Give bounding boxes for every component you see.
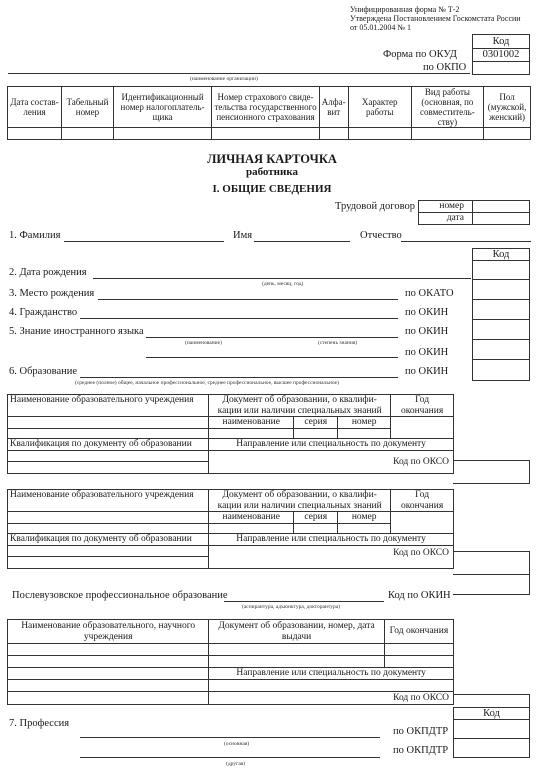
- edu2-okso-label: Код по ОКСО: [209, 546, 454, 569]
- profession-code-main[interactable]: [453, 719, 530, 739]
- edu2-year-header: Год окончания: [391, 490, 454, 512]
- language-label: 5. Знание иностранного языка: [9, 326, 144, 338]
- name-label: Имя: [233, 230, 252, 242]
- citizenship-input[interactable]: [80, 318, 398, 319]
- edu2-doc-number-header: номер: [338, 512, 391, 524]
- approved-date: от 05.01.2004 № 1: [350, 23, 411, 32]
- section-title: I. ОБЩИЕ СВЕДЕНИЯ: [0, 183, 544, 195]
- postgrad-okin-label: Код по ОКИН: [388, 590, 451, 602]
- postgrad-table: Наименование образовательного, научного …: [7, 619, 454, 705]
- cell-date[interactable]: [8, 128, 62, 140]
- edu1-okso-field[interactable]: [453, 460, 530, 484]
- edu1-doc-number-cell[interactable]: [338, 429, 391, 439]
- edu2-institution-cell-2[interactable]: [8, 524, 209, 534]
- education-table-1: Наименование образовательного учреждения…: [7, 394, 454, 474]
- edu2-doc-name-cell[interactable]: [209, 524, 294, 534]
- col-gender: Пол (мужской, женский): [484, 87, 531, 128]
- pg-specialty-left-2[interactable]: [8, 680, 209, 692]
- edu2-doc-number-cell[interactable]: [338, 524, 391, 534]
- pg-okso-left[interactable]: [8, 692, 209, 705]
- code-language-2[interactable]: [472, 339, 530, 360]
- edu2-qualification-cell-2[interactable]: [8, 557, 209, 569]
- contract-label: Трудовой договор: [335, 201, 415, 213]
- cell-alphabet[interactable]: [319, 128, 348, 140]
- okin-label-language-1: по ОКИН: [405, 326, 448, 338]
- edu2-doc-series-header: серия: [294, 512, 338, 524]
- language-name-caption: (наименование): [185, 340, 222, 346]
- code-education[interactable]: [472, 359, 530, 381]
- name-input[interactable]: [254, 241, 350, 242]
- edu1-okso-label: Код по ОКСО: [209, 451, 454, 474]
- patronymic-label: Отчество: [360, 230, 402, 242]
- surname-label: 1. Фамилия: [9, 230, 60, 242]
- education-label: 6. Образование: [9, 366, 77, 378]
- pg-institution-header: Наименование образовательного, научного …: [8, 620, 209, 644]
- pg-institution-cell-1[interactable]: [8, 644, 209, 656]
- postgrad-label: Послевузовское профессиональное образова…: [12, 590, 228, 602]
- okud-cell[interactable]: 0301002: [472, 48, 530, 62]
- col-work-type: Вид работы (основная, по совместитель-ст…: [411, 87, 483, 128]
- pg-year-header: Год окончания: [384, 620, 453, 644]
- okin-label-education: по ОКИН: [405, 366, 448, 378]
- edu2-institution-header: Наименование образовательного учреждения: [8, 490, 209, 512]
- col-work-nature: Характер работы: [348, 87, 411, 128]
- profession-other-input[interactable]: [80, 757, 380, 758]
- birth-date-input[interactable]: [93, 278, 471, 279]
- profession-main-caption: (основная): [224, 741, 249, 747]
- postgrad-caption: (аспирантура, адъюнктура, докторантура): [242, 604, 340, 610]
- okin-label-citizenship: по ОКИН: [405, 307, 448, 319]
- cell-work-type[interactable]: [411, 128, 483, 140]
- pg-specialty-left[interactable]: [8, 668, 209, 680]
- pg-document-cell-1[interactable]: [209, 644, 385, 656]
- language-level-caption: (степень знания): [318, 340, 357, 346]
- edu2-okso-field[interactable]: [453, 551, 530, 595]
- okpdtr-label-other: по ОКПДТР: [393, 745, 448, 757]
- col-alphabet: Алфа-вит: [319, 87, 348, 128]
- edu1-doc-series-header: серия: [294, 417, 338, 429]
- okato-label: по ОКАТО: [405, 288, 454, 300]
- code-citizenship[interactable]: [472, 299, 530, 320]
- surname-input[interactable]: [64, 241, 224, 242]
- cell-tab-number[interactable]: [62, 128, 114, 140]
- card-title: ЛИЧНАЯ КАРТОЧКА: [0, 152, 544, 167]
- citizenship-label: 4. Гражданство: [9, 307, 77, 319]
- pg-year-cell-1[interactable]: [384, 644, 453, 656]
- birth-date-caption: (день, месяц, год): [262, 281, 303, 287]
- approved-text: Утверждена Постановлением Госкомстата Ро…: [350, 14, 521, 23]
- edu2-doc-series-cell[interactable]: [294, 524, 338, 534]
- edu1-institution-header: Наименование образовательного учреждения: [8, 395, 209, 417]
- cell-snils[interactable]: [212, 128, 319, 140]
- patronymic-input[interactable]: [401, 241, 531, 242]
- cell-gender[interactable]: [484, 128, 531, 140]
- edu2-doc-name-header: наименование: [209, 512, 294, 524]
- code-birth-date[interactable]: [472, 260, 530, 280]
- okin-label-language-2: по ОКИН: [405, 347, 448, 359]
- edu2-year-cell[interactable]: [391, 512, 454, 534]
- edu1-doc-number-header: номер: [338, 417, 391, 429]
- okpdtr-label-main: по ОКПДТР: [393, 726, 448, 738]
- edu1-year-header: Год окончания: [391, 395, 454, 417]
- organization-line[interactable]: [8, 73, 470, 74]
- code-okato[interactable]: [472, 279, 530, 300]
- code-language-1[interactable]: [472, 319, 530, 340]
- edu2-qualification-header: Квалификация по документу об образовании: [8, 534, 209, 546]
- col-snils: Номер страхового свиде-тельства государс…: [212, 87, 319, 128]
- education-input[interactable]: [80, 377, 398, 378]
- birth-place-input[interactable]: [98, 299, 398, 300]
- pg-okso-label: Код по ОКСО: [209, 692, 454, 705]
- pg-okso-field[interactable]: [453, 694, 530, 708]
- edu2-document-header: Документ об образовании, о квалифи-кации…: [209, 490, 391, 512]
- pg-institution-cell-2[interactable]: [8, 656, 209, 668]
- pg-specialty-header: Направление или специальность по докумен…: [209, 668, 454, 680]
- edu1-qualification-cell-2[interactable]: [8, 462, 209, 474]
- edu1-doc-series-cell[interactable]: [294, 429, 338, 439]
- edu1-year-cell[interactable]: [391, 417, 454, 439]
- pg-document-header: Документ об образовании, номер, дата выд…: [209, 620, 385, 644]
- col-date: Дата состав-ления: [8, 87, 62, 128]
- personnel-table: Дата состав-ления Табельный номер Иденти…: [7, 86, 531, 140]
- language-input-2[interactable]: [146, 357, 398, 358]
- edu2-institution-cell-1[interactable]: [8, 512, 209, 524]
- edu1-document-header: Документ об образовании, о квалифи-кации…: [209, 395, 391, 417]
- form-name: Унифицированная форма № Т-2: [350, 5, 459, 14]
- edu1-institution-cell-2[interactable]: [8, 429, 209, 439]
- edu2-okso-divider: [453, 574, 530, 575]
- edu1-specialty-header: Направление или специальность по докумен…: [209, 439, 454, 451]
- pg-year-cell-2[interactable]: [384, 656, 453, 668]
- profession-code-other[interactable]: [453, 738, 530, 758]
- edu1-doc-name-cell[interactable]: [209, 429, 294, 439]
- card-subtitle: работника: [0, 166, 544, 178]
- okud-value: 0301002: [473, 49, 529, 61]
- profession-other-caption: (другая): [226, 761, 245, 767]
- education-caption: (среднее (полное) общее, начальное профе…: [75, 380, 339, 386]
- pg-specialty-cell[interactable]: [209, 680, 454, 692]
- edu1-qualification-cell-1[interactable]: [8, 451, 209, 462]
- edu2-qualification-cell-1[interactable]: [8, 546, 209, 557]
- edu1-institution-cell-1[interactable]: [8, 417, 209, 429]
- edu2-specialty-header: Направление или специальность по докумен…: [209, 534, 454, 546]
- org-caption: (наименование организации): [190, 76, 258, 82]
- code-label: Код: [473, 35, 529, 48]
- code-header-cell: Код: [472, 34, 530, 49]
- cell-work-nature[interactable]: [348, 128, 411, 140]
- postgrad-input[interactable]: [224, 601, 384, 602]
- col-inn: Идентификационный номер налогоплатель-щи…: [113, 87, 211, 128]
- edu1-qualification-header: Квалификация по документу об образовании: [8, 439, 209, 451]
- birth-date-label: 2. Дата рождения: [9, 267, 87, 279]
- education-table-2: Наименование образовательного учреждения…: [7, 489, 454, 569]
- okud-label: Форма по ОКУД: [383, 49, 457, 61]
- profession-main-input[interactable]: [80, 737, 380, 738]
- edu1-doc-name-header: наименование: [209, 417, 294, 429]
- cell-inn[interactable]: [113, 128, 211, 140]
- birth-place-label: 3. Место рождения: [9, 288, 94, 300]
- col-tab-number: Табельный номер: [62, 87, 114, 128]
- profession-label: 7. Профессия: [9, 718, 69, 730]
- contract-date-field[interactable]: [472, 212, 530, 225]
- pg-document-cell-2[interactable]: [209, 656, 385, 668]
- okpo-cell[interactable]: [472, 61, 530, 75]
- language-input-1[interactable]: [146, 337, 398, 338]
- contract-date-label-cell: дата: [418, 212, 473, 225]
